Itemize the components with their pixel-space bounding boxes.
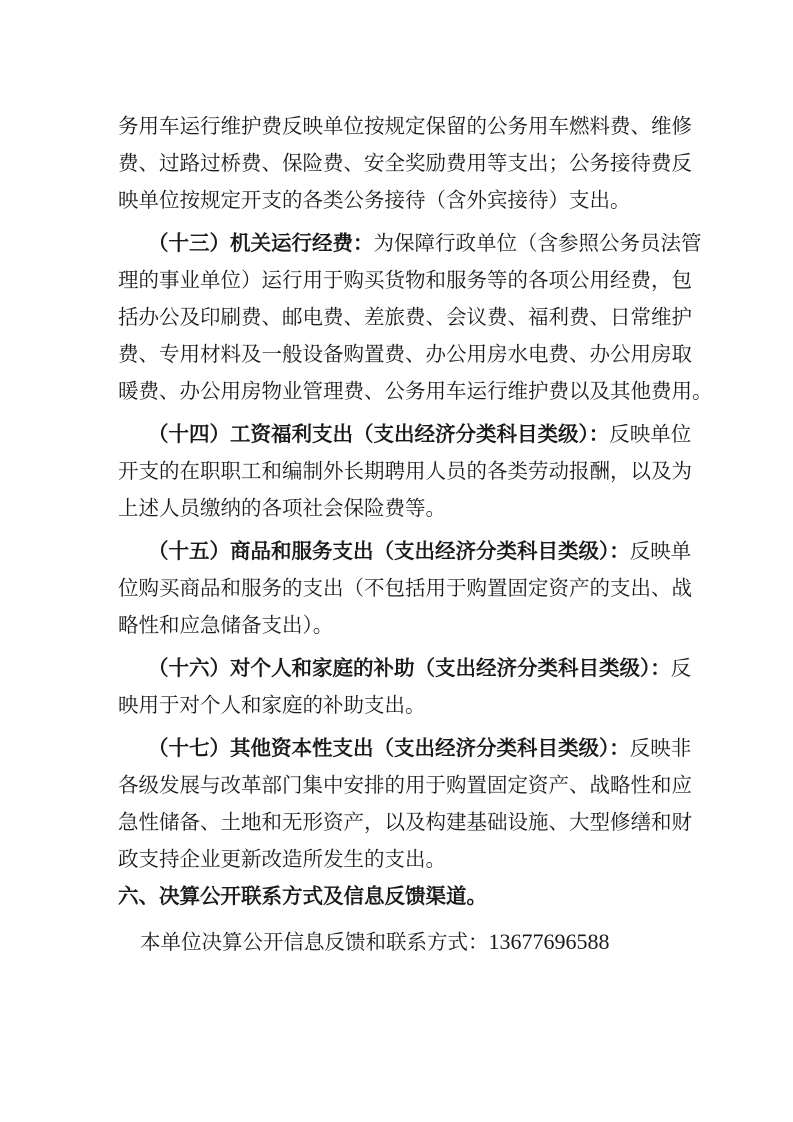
text-line: 各级发展与改革部门集中安排的用于购置固定资产、战略性和应 bbox=[118, 767, 674, 804]
text-line: （十五）商品和服务支出（支出经济分类科目类级）：反映单 bbox=[118, 533, 674, 570]
text-line: 理的事业单位）运行用于购买货物和服务等的各项公用经费，包 bbox=[118, 262, 674, 299]
text-line: 上述人员缴纳的各项社会保险费等。 bbox=[118, 490, 674, 527]
text-line: （十三）机关运行经费：为保障行政单位（含参照公务员法管 bbox=[118, 225, 674, 262]
section-heading: 六、决算公开联系方式及信息反馈渠道。 bbox=[118, 878, 674, 915]
item-text: 反 bbox=[671, 656, 692, 680]
paragraph-item-17: （十七）其他资本性支出（支出经济分类科目类级）：反映非 各级发展与改革部门集中安… bbox=[118, 730, 674, 878]
text-line: （十六）对个人和家庭的补助（支出经济分类科目类级）：反 bbox=[118, 650, 674, 687]
item-text: 反映单 bbox=[630, 539, 692, 563]
item-text: 反映非 bbox=[630, 736, 692, 760]
text-line: （十四）工资福利支出（支出经济分类科目类级）：反映单位 bbox=[118, 416, 674, 453]
item-text: 反映单位 bbox=[609, 422, 691, 446]
document-page: 务用车运行维护费反映单位按规定保留的公务用车燃料费、维修 费、过路过桥费、保险费… bbox=[118, 108, 674, 960]
text-line: 略性和应急储备支出）。 bbox=[118, 607, 674, 644]
item-text: 为保障行政单位（含参照公务员法管 bbox=[374, 231, 702, 255]
contact-line: 本单位决算公开信息反馈和联系方式：13677696588 bbox=[118, 923, 674, 960]
paragraph-item-15: （十五）商品和服务支出（支出经济分类科目类级）：反映单 位购买商品和服务的支出（… bbox=[118, 533, 674, 644]
item-title: （十四）工资福利支出（支出经济分类科目类级）： bbox=[148, 422, 609, 446]
text-line: 映用于对个人和家庭的补助支出。 bbox=[118, 687, 674, 724]
item-title: （十五）商品和服务支出（支出经济分类科目类级）： bbox=[148, 539, 630, 563]
text-line: 映单位按规定开支的各类公务接待（含外宾接待）支出。 bbox=[118, 182, 674, 219]
paragraph-item-14: （十四）工资福利支出（支出经济分类科目类级）：反映单位 开支的在职职工和编制外长… bbox=[118, 416, 674, 527]
text-line: （十七）其他资本性支出（支出经济分类科目类级）：反映非 bbox=[118, 730, 674, 767]
text-line: 费、专用材料及一般设备购置费、办公用房水电费、办公用房取 bbox=[118, 336, 674, 373]
text-line: 位购买商品和服务的支出（不包括用于购置固定资产的支出、战 bbox=[118, 570, 674, 607]
text-line: 务用车运行维护费反映单位按规定保留的公务用车燃料费、维修 bbox=[118, 108, 674, 145]
contact-phone: 13677696588 bbox=[489, 929, 610, 954]
item-title: （十六）对个人和家庭的补助（支出经济分类科目类级）： bbox=[148, 656, 671, 680]
text-line: 括办公及印刷费、邮电费、差旅费、会议费、福利费、日常维护 bbox=[118, 299, 674, 336]
item-title: （十三）机关运行经费： bbox=[148, 231, 374, 255]
item-title: （十七）其他资本性支出（支出经济分类科目类级）： bbox=[148, 736, 630, 760]
text-line: 急性储备、土地和无形资产，以及构建基础设施、大型修缮和财 bbox=[118, 804, 674, 841]
text-line: 政支持企业更新改造所发生的支出。 bbox=[118, 841, 674, 878]
text-line: 开支的在职职工和编制外长期聘用人员的各类劳动报酬，以及为 bbox=[118, 453, 674, 490]
contact-label: 本单位决算公开信息反馈和联系方式： bbox=[140, 930, 489, 954]
paragraph-continuation: 务用车运行维护费反映单位按规定保留的公务用车燃料费、维修 费、过路过桥费、保险费… bbox=[118, 108, 674, 219]
paragraph-item-13: （十三）机关运行经费：为保障行政单位（含参照公务员法管 理的事业单位）运行用于购… bbox=[118, 225, 674, 410]
paragraph-item-16: （十六）对个人和家庭的补助（支出经济分类科目类级）：反 映用于对个人和家庭的补助… bbox=[118, 650, 674, 724]
text-line: 暖费、办公用房物业管理费、公务用车运行维护费以及其他费用。 bbox=[118, 373, 674, 410]
text-line: 费、过路过桥费、保险费、安全奖励费用等支出；公务接待费反 bbox=[118, 145, 674, 182]
